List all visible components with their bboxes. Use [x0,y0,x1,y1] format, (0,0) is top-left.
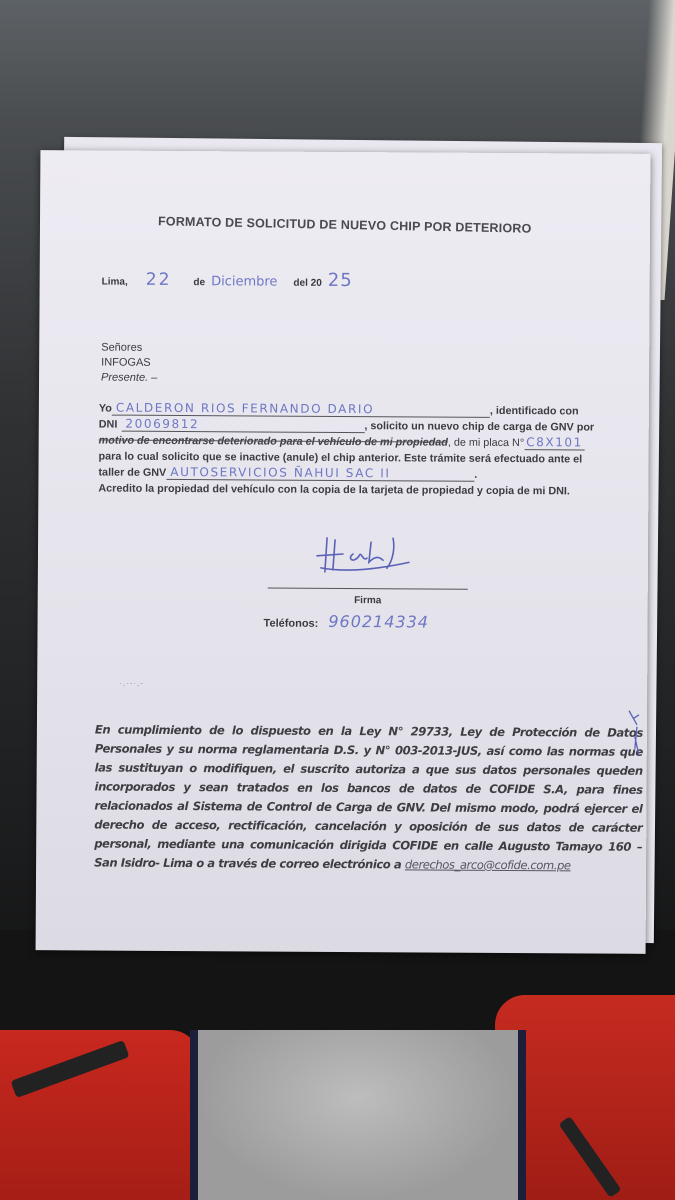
telefonos-label: Teléfonos: [264,618,319,630]
date-line: Lima, 22 de Diciembre del 2025 [102,269,353,292]
smudge-mark: ·,·-·,- [119,679,144,688]
signature-line [268,588,468,590]
de-label: de [193,277,205,288]
date-year-suffix: 25 [328,270,353,291]
handwritten-signature [268,532,468,581]
request-body: Yo CALDERON RIOS FERNANDO DARIO , identi… [98,401,619,500]
signature-block: Firma [268,532,468,607]
addressee-line-3: Presente. – [101,371,157,386]
taller-value: AUTOSERVICIOS ÑAHUI SAC II [166,466,474,482]
taller-label: taller de GNV [98,465,166,481]
identificado-label: , identificado con [490,403,579,420]
date-month: Diciembre [211,274,277,289]
form-document: FORMATO DE SOLICITUD DE NUEVO CHIP POR D… [36,150,651,954]
dni-label: DNI [99,417,118,433]
yo-label: Yo [99,401,112,417]
dni-value: 20069812 [121,418,364,433]
firma-label: Firma [268,595,468,607]
document-title: FORMATO DE SOLICITUD DE NUEVO CHIP POR D… [158,214,532,235]
applicant-name: CALDERON RIOS FERNANDO DARIO [112,402,490,418]
arco-email-link[interactable]: derechos_arco@cofide.com.pe [405,857,571,872]
acredito-row: Acredito la propiedad del vehículo con l… [98,481,618,500]
phone-row: Teléfonos: 960214334 [264,612,430,632]
acredito-text: Acredito la propiedad del vehículo con l… [98,481,570,500]
telefono-value: 960214334 [328,612,429,632]
placa-label: , de mi placa N° [448,435,524,451]
city-label: Lima, [102,277,128,288]
gray-shirt [190,1030,526,1200]
addressee-line-2: INFOGAS [101,356,157,371]
legal-text: En cumplimiento de lo dispuesto en la Le… [94,722,643,871]
pen-scribble [625,709,643,774]
addressee-line-1: Señores [101,341,157,356]
date-day: 22 [146,270,172,290]
addressee-block: Señores INFOGAS Presente. – [101,341,158,386]
data-protection-notice: En cumplimiento de lo dispuesto en la Le… [94,720,643,875]
solicito-text: , solicito un nuevo chip de carga de GNV… [364,418,594,435]
placa-value: C8X101 [524,436,585,450]
year-label: del 20 [293,278,321,289]
